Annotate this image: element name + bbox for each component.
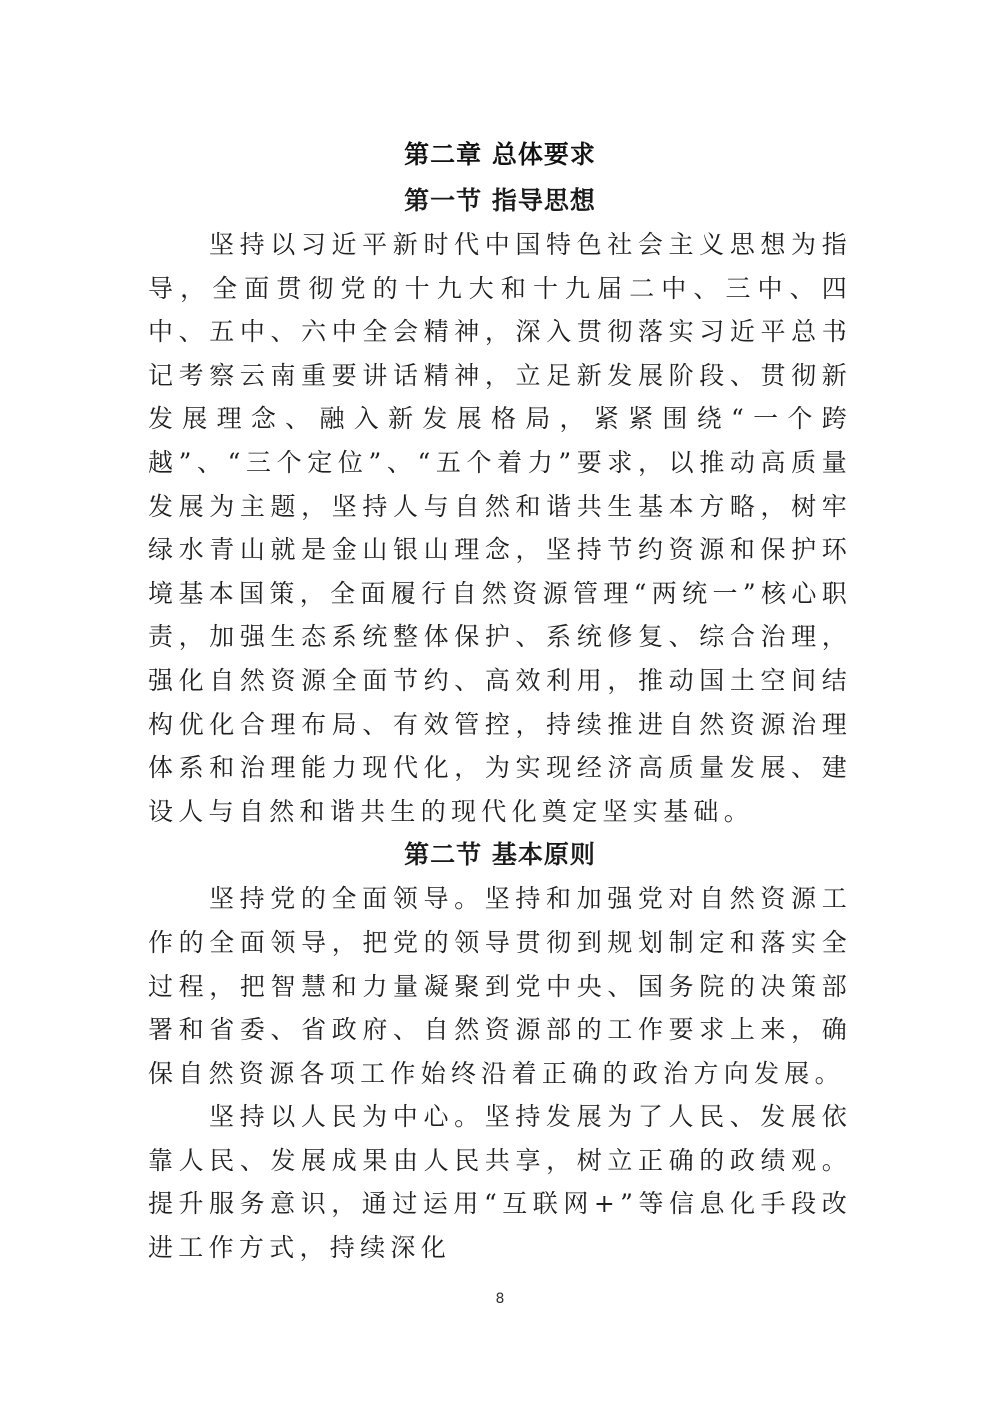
section-title-guiding-ideology: 第一节 指导思想 — [148, 179, 852, 223]
page-number: 8 — [0, 1291, 1000, 1307]
document-page: 第二章 总体要求 第一节 指导思想 坚持以习近平新时代中国特色社会主义思想为指导… — [148, 135, 852, 1270]
paragraph-people-centered: 坚持以人民为中心。坚持发展为了人民、发展依靠人民、发展成果由人民共享，树立正确的… — [148, 1095, 852, 1269]
paragraph-guiding-ideology: 坚持以习近平新时代中国特色社会主义思想为指导，全面贯彻党的十九大和十九届二中、三… — [148, 223, 852, 833]
paragraph-party-leadership: 坚持党的全面领导。坚持和加强党对自然资源工作的全面领导，把党的领导贯彻到规划制定… — [148, 877, 852, 1095]
section-title-basic-principles: 第二节 基本原则 — [148, 833, 852, 877]
chapter-title: 第二章 总体要求 — [148, 135, 852, 175]
